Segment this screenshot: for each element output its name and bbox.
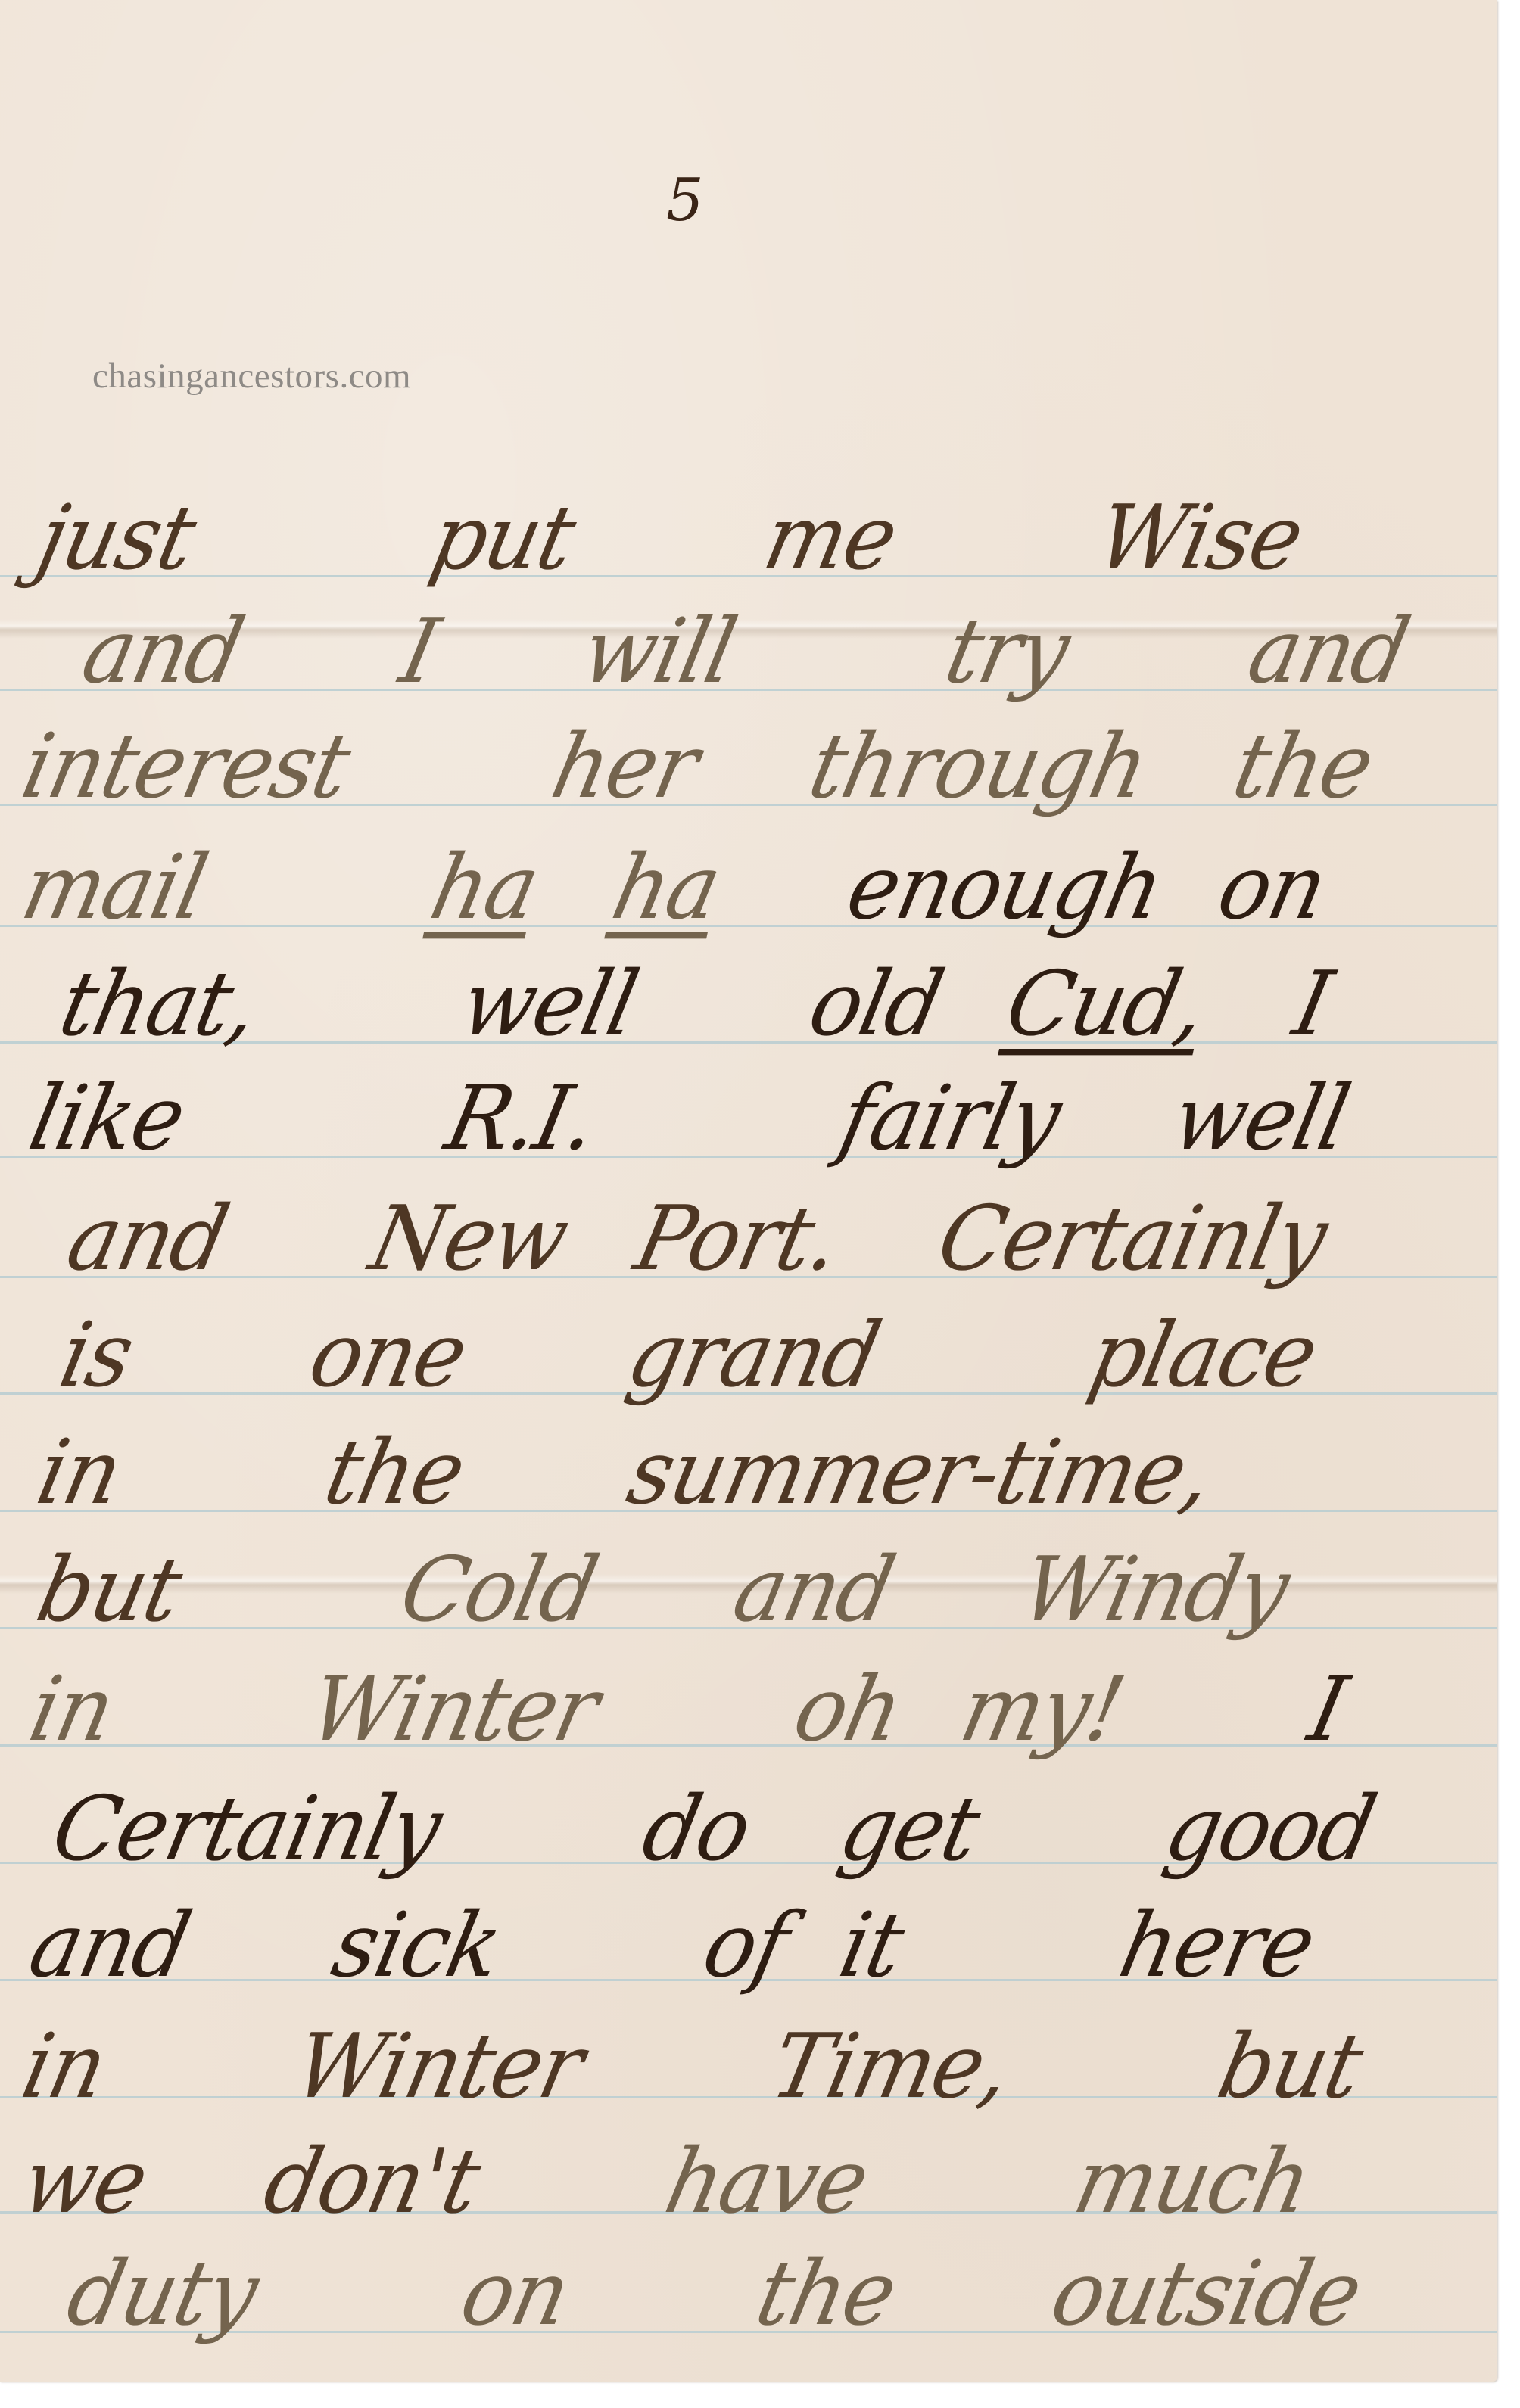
handwritten-word-underlined: ha [424, 843, 545, 932]
handwritten-word: but [30, 1545, 188, 1635]
handwritten-word: R.I. [439, 1074, 603, 1163]
handwritten-line: that, well old Cud, I [0, 935, 1497, 1049]
handwritten-word: have [659, 2137, 874, 2226]
handwritten-word: well [454, 960, 644, 1049]
handwritten-word: in [15, 2022, 113, 2111]
handwritten-word: like [23, 1074, 192, 1163]
handwritten-line: and I will try and [0, 583, 1497, 696]
handwritten-line: interest her through the [0, 698, 1497, 811]
handwritten-word: and [1241, 607, 1416, 696]
handwritten-word-underlined: ha [606, 843, 727, 932]
handwritten-line: in the summer-time, [0, 1404, 1497, 1517]
handwritten-word: Windy [1014, 1545, 1295, 1635]
handwritten-line: in Winter oh my! I [0, 1641, 1497, 1754]
handwritten-word: and [76, 607, 250, 696]
handwritten-word: through [802, 722, 1154, 811]
handwritten-word: but [1211, 2022, 1369, 2111]
handwritten-word: is [53, 1311, 139, 1400]
handwritten-word-underlined: Cud, [999, 960, 1213, 1049]
handwritten-word: put [424, 493, 581, 583]
handwritten-word: just [30, 493, 201, 583]
handwritten-line: just put me Wise [0, 469, 1497, 583]
handwritten-word: Certainly [931, 1194, 1333, 1283]
handwritten-line: mail ha ha enough on [0, 819, 1497, 932]
handwritten-word: summer-time, [621, 1428, 1219, 1517]
handwritten-word: the [1226, 722, 1379, 811]
handwritten-word: grand [621, 1311, 886, 1400]
handwritten-word: Certainly [45, 1784, 447, 1874]
handwritten-word: and [23, 1901, 197, 1990]
handwritten-word: don't [257, 2137, 486, 2226]
handwritten-word: the [318, 1428, 471, 1517]
handwritten-word: that, [53, 960, 265, 1049]
handwritten-word: get [833, 1784, 986, 1874]
handwritten-word: old [802, 960, 949, 1049]
handwritten-word: fairly [833, 1074, 1067, 1163]
handwritten-word: New [363, 1194, 575, 1283]
handwritten-word: and [61, 1194, 235, 1283]
handwritten-word: Wise [1090, 493, 1310, 583]
handwritten-word: the [749, 2249, 902, 2338]
watermark: chasingancestors.com [92, 359, 411, 394]
handwritten-line: Certainly do get good [0, 1760, 1497, 1874]
handwritten-word: one [303, 1311, 473, 1400]
handwritten-word: Port. [628, 1194, 846, 1283]
handwritten-line: and sick of it here [0, 1877, 1497, 1990]
handwritten-word: on [1211, 843, 1333, 932]
handwritten-line: but Cold and Windy [0, 1521, 1497, 1635]
handwritten-word: outside [1045, 2249, 1368, 2338]
handwritten-word: oh [787, 1665, 909, 1754]
handwritten-word: on [454, 2249, 576, 2338]
handwritten-word: my! [954, 1665, 1130, 1754]
handwritten-word: we [15, 2137, 154, 2226]
page-number: 5 [666, 171, 704, 230]
handwritten-word: will [575, 607, 742, 696]
handwritten-word: it [833, 1901, 910, 1990]
handwritten-word: well [1166, 1074, 1356, 1163]
handwritten-word: Cold [394, 1545, 604, 1635]
handwritten-word: much [1067, 2137, 1317, 2226]
handwritten-word: me [757, 493, 903, 583]
handwritten-word: interest [15, 722, 357, 811]
handwritten-word: I [1287, 960, 1338, 1049]
handwritten-word: of [696, 1901, 795, 1990]
handwritten-line: duty on the outside [0, 2225, 1497, 2338]
handwritten-word: try [939, 607, 1076, 696]
handwritten-word: Winter [288, 2022, 590, 2111]
handwritten-word: duty [61, 2249, 264, 2338]
handwritten-word: place [1082, 1311, 1323, 1400]
handwritten-word: in [30, 1428, 128, 1517]
handwritten-word: I [1302, 1665, 1353, 1754]
handwritten-word: good [1158, 1784, 1381, 1874]
handwritten-word: her [545, 722, 705, 811]
handwritten-line: like R.I. fairly well [0, 1050, 1497, 1163]
handwritten-word: here [1113, 1901, 1321, 1990]
handwritten-line: is one grand place [0, 1286, 1497, 1400]
handwritten-word: Time, [765, 2022, 1017, 2111]
handwritten-line: we don't have much [0, 2113, 1497, 2226]
letter-paper: 5 chasingancestors.com just put me Wise … [0, 0, 1497, 2382]
handwritten-word: Winter [303, 1665, 605, 1754]
handwritten-word: mail [15, 843, 213, 932]
handwritten-word: in [23, 1665, 120, 1754]
handwritten-word: and [727, 1545, 901, 1635]
handwritten-word: sick [325, 1901, 508, 1990]
handwritten-word: enough [840, 843, 1170, 932]
handwritten-word: I [394, 607, 444, 696]
handwritten-line: in Winter Time, but [0, 1998, 1497, 2111]
handwritten-word: do [636, 1784, 757, 1874]
handwritten-line: and New Port. Certainly [0, 1170, 1497, 1283]
